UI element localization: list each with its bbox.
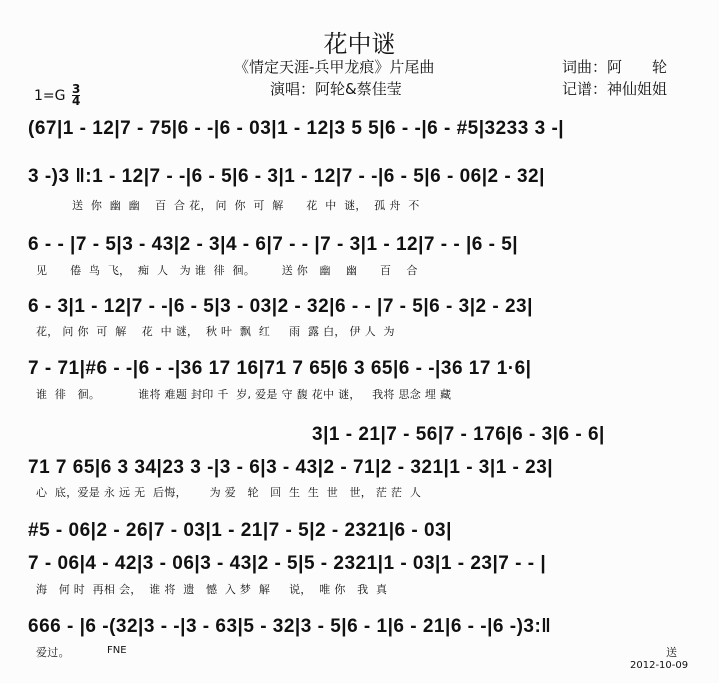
singers-text: 演唱：阿轮&蔡佳莹	[270, 78, 402, 99]
lyrics-line-6: 心 底，爱是 永 远 无 后悔， 为 爱 轮 回 生 生 世 世， 茫 茫 人	[36, 484, 421, 500]
lyrics-line-3: 见 倦 鸟 飞， 痴 人 为 谁 徘 徊。 送 你 幽 幽 百 合	[36, 262, 418, 278]
fine-mark: FNE	[107, 645, 127, 656]
score-line-4: 6 - 3|1 - 12|7 - -|6 - 5|3 - 03|2 - 32|6…	[28, 296, 533, 318]
score-line-7-upper: #5 - 06|2 - 26|7 - 03|1 - 21|7 - 5|2 - 2…	[28, 520, 452, 542]
score-line-7: 7 - 06|4 - 42|3 - 06|3 - 43|2 - 5|5 - 23…	[28, 553, 546, 575]
score-line-1: (67|1 - 12|7 - 75|6 - -|6 - 03|1 - 12|3 …	[28, 118, 564, 140]
last-lyric: 送	[666, 644, 677, 660]
source-text: 《情定天涯-兵甲龙痕》片尾曲	[234, 56, 434, 77]
key-signature: 1=G	[34, 88, 66, 104]
lyrics-line-5: 谁 徘 徊。 谁将 难题 封印 千 岁, 爱是 守 馥 花中 谜， 我将 思念 …	[36, 386, 451, 402]
transcriber-text: 记谱：神仙姐姐	[562, 78, 667, 99]
song-title: 花中谜	[0, 24, 719, 59]
lyrics-line-2: 送 你 幽 幽 百 合 花， 问 你 可 解 花 中 谜， 孤 舟 不	[72, 197, 420, 213]
score-line-5: 7 - 71|#6 - -|6 - -|36 17 16|71 7 65|6 3…	[28, 358, 531, 380]
lyrics-line-4: 花， 问 你 可 解 花 中 谜， 秋 叶 飘 红 雨 露 白， 伊 人 为	[36, 323, 395, 339]
score-line-2: 3 -)3 ‖:1 - 12|7 - -|6 - 5|6 - 3|1 - 12|…	[28, 166, 545, 188]
lyrics-line-7: 海 何 时 再相 会， 谁 将 遗 憾 入 梦 解 说， 唯 你 我 真	[36, 581, 387, 597]
time-signature: 3 4	[72, 84, 80, 107]
time-bottom: 4	[72, 96, 80, 107]
score-line-3: 6 - - |7 - 5|3 - 43|2 - 3|4 - 6|7 - - |7…	[28, 234, 518, 256]
lyrics-line-8: 爱过。	[36, 644, 70, 660]
score-line-6: 71 7 65|6 3 34|23 3 -|3 - 6|3 - 43|2 - 7…	[28, 457, 553, 479]
composer-text: 词曲：阿 轮	[562, 56, 667, 77]
score-line-6-upper: 3|1 - 21|7 - 56|7 - 176|6 - 3|6 - 6|	[312, 424, 605, 446]
score-line-8: 666 - |6 -(32|3 - -|3 - 63|5 - 32|3 - 5|…	[28, 616, 551, 638]
date-text: 2012-10-09	[630, 660, 688, 671]
